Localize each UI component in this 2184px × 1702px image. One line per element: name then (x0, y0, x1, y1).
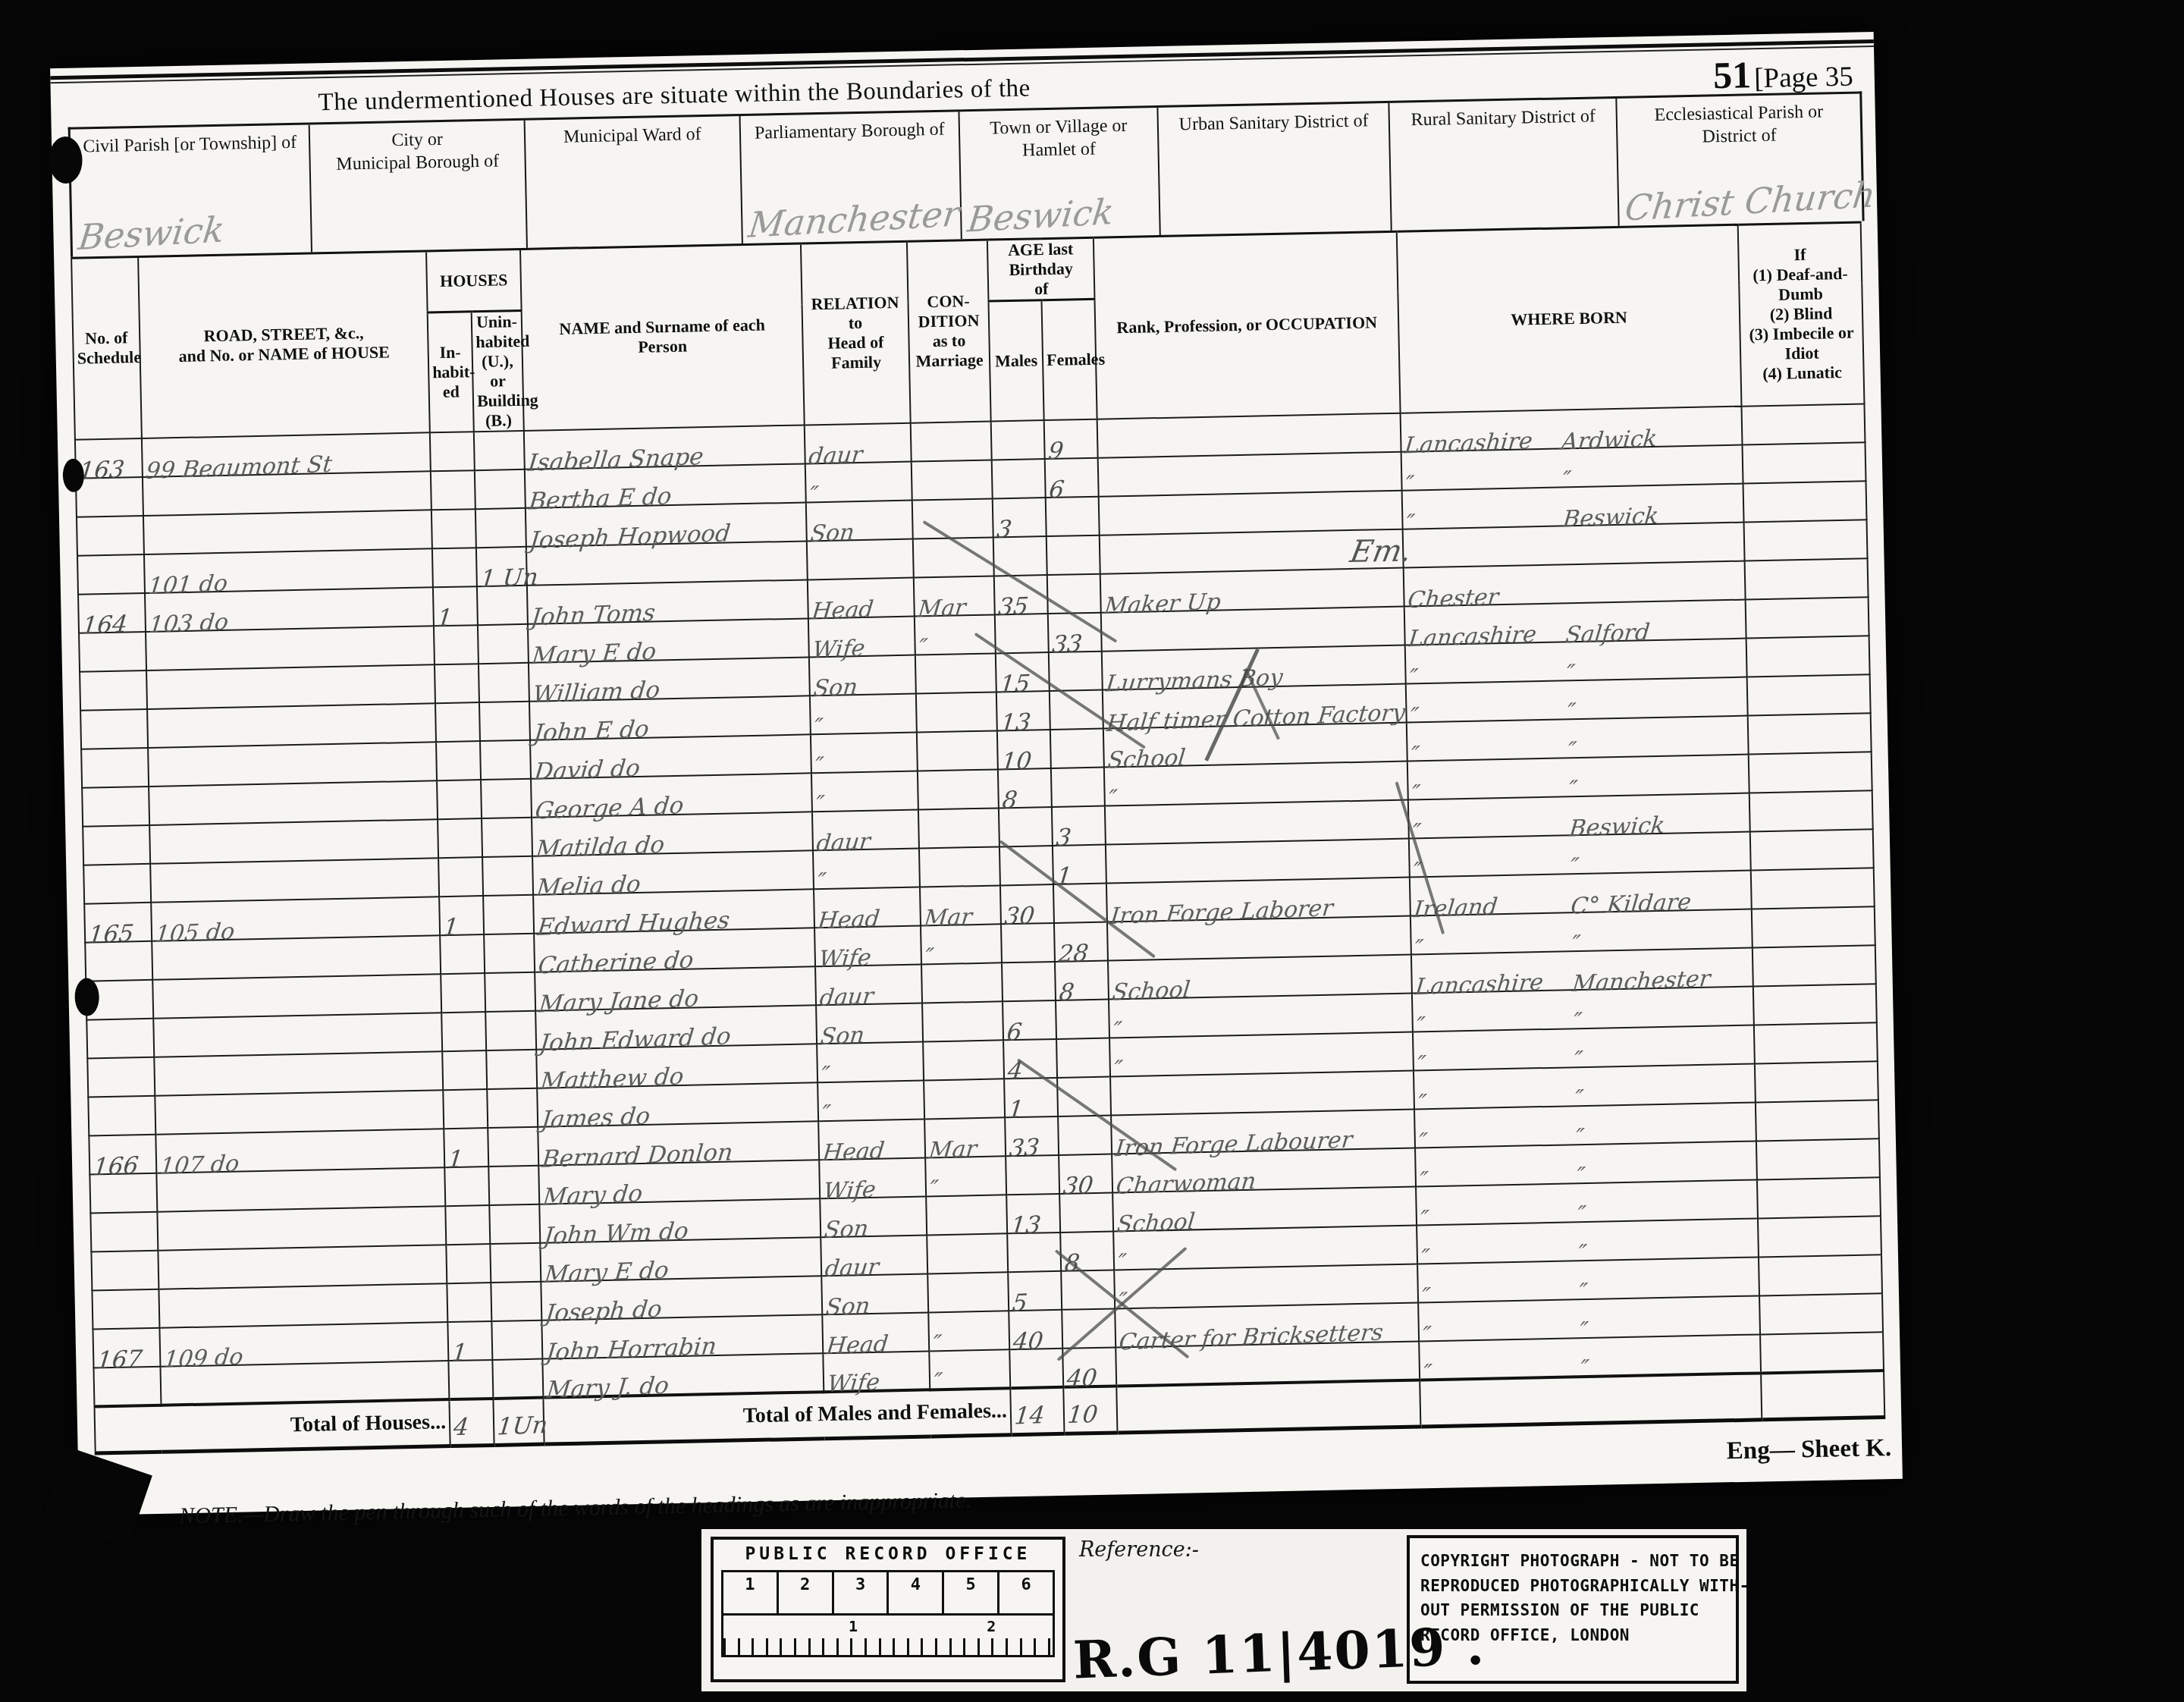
inhabited-cell (435, 702, 480, 742)
age-female-cell: 3 (1052, 805, 1106, 845)
col-header-schedule: No. of Schedule (71, 257, 142, 440)
condition-cell: Mar (914, 576, 995, 616)
infirmity-cell (1753, 984, 1877, 1025)
total-houses-uninhabited: 1Un (493, 1397, 544, 1445)
infirmity-cell (1754, 1022, 1878, 1063)
infirmity-cell (1744, 520, 1868, 561)
person-name-cell (526, 541, 808, 585)
relation-cell (807, 539, 914, 579)
age-male-cell (1006, 1154, 1059, 1194)
relation-cell: daur (812, 809, 919, 850)
inhabited-cell (434, 625, 479, 664)
ink-blot (62, 459, 84, 493)
relation-cell: daur (821, 1235, 927, 1276)
schedule-cell: 166 (89, 1134, 156, 1174)
schedule-cell (83, 863, 151, 903)
condition-cell (912, 498, 993, 539)
reference-label: Reference:- (1079, 1538, 1393, 1562)
relation-cell-value: Wife (827, 1371, 881, 1396)
inhabited-cell (438, 857, 483, 897)
age-male-cell: 3 (993, 498, 1046, 537)
infirmity-cell (1756, 1138, 1880, 1179)
infirmity-cell (1758, 1216, 1881, 1257)
uninhabited-cell (483, 894, 534, 934)
relation-cell: ″ (810, 693, 917, 734)
col-header-name: NAME and Surname of each Person (520, 243, 805, 430)
page-number-label: [Page 35 (1754, 61, 1853, 95)
infirmity-cell (1743, 442, 1866, 483)
geo-label: Municipal Ward of (530, 122, 735, 149)
uninhabited-cell (479, 662, 529, 702)
age-female-cell (1057, 1076, 1111, 1116)
age-female-cell: 28 (1054, 922, 1108, 961)
condition-cell: ″ (929, 1349, 1010, 1390)
schedule-cell (77, 554, 145, 595)
age-male-cell: 30 (1000, 884, 1054, 924)
condition-cell (915, 653, 996, 693)
infirmity-cell (1750, 829, 1874, 870)
age-female-cell (1050, 689, 1103, 729)
schedule-cell (88, 1095, 155, 1135)
col-header-relation: RELATION to Head of Family (801, 241, 911, 425)
person-name-cell: Joseph do (541, 1276, 822, 1320)
where-born-cell: ″″ (1405, 638, 1747, 683)
schedule-cell: 163 (75, 438, 143, 479)
relation-cell: Head (814, 887, 921, 928)
person-name-cell: Mary E do (540, 1237, 821, 1281)
where-born-cell: ″″ (1414, 1063, 1756, 1109)
relation-cell: ″ (813, 848, 920, 889)
col-header-occupation: Rank, Profession, or OCCUPATION (1094, 231, 1401, 419)
uninhabited-cell (475, 507, 526, 547)
col-header-uninhabited: Unin- habited (U.), or Building (B.) (472, 310, 524, 432)
uninhabited-cell (492, 1358, 543, 1398)
schedule-cell: 165 (84, 902, 152, 942)
age-male-cell: 13 (1006, 1193, 1060, 1233)
age-male-cell (999, 807, 1053, 846)
where-born-cell: Chester (1404, 561, 1746, 606)
condition-cell (916, 692, 997, 732)
relation-cell: Son (821, 1273, 928, 1314)
schedule-cell: 164 (78, 593, 146, 633)
address-cell: 103 do (145, 587, 434, 632)
occupation-cell: Iron Forge Labourer (1111, 1109, 1415, 1154)
uninhabited-cell (484, 933, 535, 972)
age-female-cell (1059, 1192, 1113, 1232)
address-cell (143, 510, 432, 554)
occupation-cell: ″ (1109, 993, 1413, 1038)
uninhabited-cell (475, 469, 526, 508)
age-female-cell (1050, 728, 1104, 768)
schedule-cell (76, 477, 143, 517)
address-cell (158, 1283, 447, 1328)
uninhabited-cell (481, 778, 532, 818)
inhabited-cell (435, 664, 479, 703)
uninhabited-cell: 1 Un (476, 546, 527, 586)
occupation-cell: ″ (1113, 1225, 1417, 1270)
address-cell (152, 935, 441, 980)
totals-empty-occupation (1116, 1380, 1420, 1433)
occupation-cell: ″ (1104, 761, 1408, 805)
person-name-cell: John Toms (527, 579, 808, 623)
relation-cell: Son (809, 655, 916, 696)
uninhabited-cell (486, 1049, 537, 1088)
person-name-cell: John E do (529, 696, 811, 740)
occupation-cell: Iron Forge Laborer (1106, 877, 1410, 922)
schedule-cell (83, 824, 150, 865)
geo-handwritten-value: Manchester (746, 193, 962, 246)
occupation-cell (1097, 413, 1401, 457)
age-male-cell (1002, 962, 1056, 1001)
geo-cell: Urban Sanitary District of (1159, 103, 1393, 235)
schedule-cell (87, 1057, 155, 1097)
col-header-females: Females (1041, 299, 1097, 420)
age-female-cell (1047, 573, 1101, 613)
age-male-cell: 10 (997, 730, 1051, 769)
geo-handwritten-value: Beswick (965, 191, 1116, 240)
address-cell (148, 742, 437, 787)
infirmity-cell (1757, 1177, 1881, 1218)
geo-label: Civil Parish [or Township] of (75, 131, 305, 159)
where-born-cell: ″″ (1417, 1257, 1759, 1302)
geo-cell: City or Municipal Borough of (310, 121, 528, 253)
inhabited-cell (431, 509, 476, 548)
person-name-cell: Mary J. do (542, 1353, 824, 1397)
infirmity-cell (1753, 945, 1876, 986)
relation-cell: Wife (819, 1157, 926, 1198)
condition-cell (926, 1195, 1007, 1235)
address-cell: 107 do (155, 1129, 444, 1173)
address-cell: 101 do (144, 548, 433, 593)
inhabited-cell (443, 1089, 488, 1129)
footer-note: NOTE.—Draw the pen through such of the w… (179, 1487, 971, 1529)
address-cell: 109 do (159, 1322, 448, 1367)
age-male-cell (1001, 923, 1055, 962)
age-female-cell-value: 40 (1065, 1366, 1098, 1391)
age-female-cell: 30 (1059, 1154, 1112, 1193)
page-reference: 51 [Page 35 (1713, 51, 1854, 98)
age-male-cell (992, 459, 1046, 498)
condition-cell: ″ (925, 1156, 1006, 1196)
uninhabited-cell (477, 585, 528, 624)
geo-label: Parliamentary Borough of (745, 118, 954, 145)
totals-empty-infirmity (1761, 1371, 1884, 1420)
condition-cell (917, 730, 998, 771)
schedule-cell (80, 709, 148, 749)
col-header-infirmity: If (1) Deaf-and-Dumb (2) Blind (3) Imbec… (1738, 222, 1865, 406)
infirmity-cell (1746, 597, 1869, 638)
where-born-cell: ″″ (1407, 754, 1749, 799)
infirmity-cell (1759, 1293, 1883, 1334)
person-name-cell: Mary Jane do (535, 966, 816, 1010)
where-born-cell: LancashireArdwick (1401, 406, 1743, 451)
age-female-cell: 6 (1045, 457, 1099, 497)
col-header-road: ROAD, STREET, &c., and No. or NAME of HO… (138, 251, 430, 438)
condition-cell (911, 421, 992, 461)
person-name-cell: Mary do (538, 1160, 820, 1204)
infirmity-cell (1743, 481, 1867, 522)
relation-cell: ″ (817, 1041, 924, 1082)
relation-cell: ″ (811, 771, 918, 812)
where-born-cell: LancashireManchester (1411, 947, 1753, 993)
relation-cell: daur (805, 422, 912, 463)
address-cell (153, 1013, 442, 1057)
reference-area: Reference:- R.G 11|4019 . (1065, 1529, 1407, 1691)
infirmity-cell (1749, 752, 1872, 793)
inhabited-cell (432, 548, 477, 587)
age-female-cell: 9 (1044, 419, 1098, 458)
age-male-cell: 33 (1005, 1116, 1059, 1156)
ruler-cm-number: 5 (944, 1572, 999, 1613)
where-born-cell: ″″ (1407, 715, 1749, 761)
person-name-cell: Joseph Hopwood (526, 502, 807, 546)
col-header-condition: CON- DITION as to Marriage (907, 240, 991, 422)
relation-cell: Wife (808, 616, 915, 657)
schedule-cell (93, 1366, 161, 1406)
address-cell (146, 664, 435, 709)
annotation-em: Em. (1348, 533, 1415, 570)
where-born-cell: IrelandC° Kildare (1410, 870, 1752, 915)
col-header-males: Males (989, 300, 1044, 422)
inhabited-cell (431, 470, 475, 510)
geo-cell: Ecclesiastical Parish or District ofChri… (1618, 93, 1862, 225)
person-name-cell: John Wm do (539, 1198, 821, 1242)
where-born-cell: ″Beswick (1402, 483, 1744, 529)
person-name-cell: David do (530, 734, 811, 778)
geo-cell: Civil Parish [or Township] ofBeswick (71, 124, 312, 256)
ruler-cm-row: 123456 (721, 1570, 1055, 1613)
address-cell (157, 1206, 446, 1251)
public-record-office-stamp: PUBLIC RECORD OFFICE 123456 12 (711, 1537, 1065, 1682)
age-male-cell: 5 (1008, 1270, 1062, 1310)
inhabited-cell (442, 1050, 487, 1090)
total-females: 10 (1063, 1386, 1117, 1434)
where-born-cell: ″″ (1416, 1179, 1758, 1225)
ruler-cm-number: 6 (999, 1572, 1053, 1613)
where-born-cell: ″″ (1417, 1218, 1759, 1264)
person-name-cell: Catherine do (534, 928, 815, 972)
ruler-cm-number: 1 (723, 1572, 779, 1613)
condition-cell: ″ (921, 924, 1002, 964)
schedule-cell (82, 786, 149, 826)
condition-cell (921, 962, 1003, 1003)
relation-cell: ″ (811, 732, 918, 773)
uninhabited-cell (491, 1281, 541, 1320)
person-name-cell: Edward Hughes (533, 889, 814, 933)
schedule-cell: 167 (93, 1327, 160, 1368)
condition-cell: Mar (920, 885, 1001, 925)
person-name-cell: Bertha E do (525, 463, 806, 507)
geo-handwritten-value: Beswick (76, 209, 227, 258)
address-cell (158, 1245, 447, 1289)
copyright-line: REPRODUCED PHOTOGRAPHICALLY WITH- (1420, 1574, 1725, 1599)
condition-cell: ″ (928, 1311, 1009, 1351)
schedule-cell (91, 1250, 158, 1290)
geo-label: Urban Sanitary District of (1163, 109, 1385, 137)
uninhabited-cell (480, 740, 531, 779)
geo-cell: Town or Village or Hamlet ofBeswick (959, 108, 1161, 239)
infirmity-cell (1755, 1061, 1878, 1102)
person-name-cell: William do (529, 657, 810, 701)
occupation-cell (1106, 838, 1410, 883)
sheet-reference: Eng— Sheet K. (1726, 1434, 1891, 1465)
uninhabited-cell (485, 1010, 536, 1050)
occupation-cell: ″ (1109, 1032, 1414, 1076)
col-header-where-born: WHERE BORN (1397, 225, 1742, 413)
uninhabited-cell (478, 623, 529, 663)
schedule-cell (85, 940, 152, 981)
occupation-cell: Maker UpEm. (1100, 567, 1404, 612)
infirmity-cell (1747, 674, 1871, 715)
where-born-cell (1403, 522, 1745, 567)
where-born-cell: ″″ (1415, 1141, 1757, 1186)
occupation-cell (1098, 451, 1402, 496)
age-male-cell (1009, 1348, 1063, 1387)
age-female-cell (1046, 496, 1100, 535)
infirmity-cell (1749, 790, 1873, 831)
geo-cell: Rural Sanitary District of (1390, 99, 1620, 231)
occupation-cell: School (1112, 1186, 1417, 1231)
age-male-cell: 8 (998, 768, 1052, 808)
age-male-cell: 4 (1003, 1039, 1057, 1079)
age-male-cell: 13 (996, 691, 1050, 730)
folio-number: 51 (1713, 53, 1752, 96)
condition-cell (927, 1233, 1008, 1273)
geo-label: City or Municipal Borough of (315, 127, 520, 176)
infirmity-cell (1760, 1332, 1884, 1373)
inhabited-cell (448, 1360, 493, 1399)
where-born-cell: ″″ (1414, 1102, 1756, 1148)
condition-cell: Mar (924, 1117, 1006, 1157)
uninhabited-cell (474, 430, 525, 469)
uninhabited-cell (487, 1088, 538, 1127)
person-name-cell-value: Mary J. do (545, 1374, 670, 1402)
census-sheet: The undermentioned Houses are situate wi… (50, 32, 1903, 1515)
person-name-cell: Isabella Snape (524, 425, 805, 469)
occupation-cell (1116, 1341, 1420, 1386)
condition-cell (912, 460, 993, 500)
address-cell (143, 471, 431, 516)
total-houses-inhabited: 4 (449, 1399, 494, 1446)
age-female-cell: 8 (1060, 1231, 1114, 1270)
uninhabited-cell (488, 1165, 539, 1204)
schedule-cell (86, 1018, 154, 1058)
relation-cell: Wife (814, 925, 921, 966)
pro-stamp-title: PUBLIC RECORD OFFICE (721, 1544, 1055, 1564)
address-cell (152, 974, 441, 1019)
relation-cell: Head (818, 1119, 925, 1160)
relation-cell: Head (808, 577, 915, 618)
inhabited-cell (446, 1244, 491, 1283)
person-name-cell: George A do (531, 773, 812, 817)
inhabited-cell: 1 (433, 586, 478, 626)
inhabited-cell (441, 1012, 486, 1051)
ruler-cm-number: 4 (889, 1572, 944, 1613)
ruler-cm-number: 3 (834, 1572, 890, 1613)
occupation-cell: Carter for Bricksetters (1115, 1302, 1419, 1347)
condition-cell (918, 808, 999, 848)
age-male-cell: 6 (1003, 1000, 1056, 1040)
person-name-cell: John Edward do (535, 1005, 817, 1049)
inhabited-cell (444, 1167, 489, 1206)
uninhabited-cell (482, 856, 533, 895)
person-name-cell: Matthew do (536, 1044, 817, 1088)
age-female-cell (1049, 651, 1103, 690)
age-male-cell (995, 614, 1049, 653)
relation-cell: Wife (823, 1351, 930, 1392)
relation-cell: Head (822, 1312, 929, 1353)
where-born-cell: ″″ (1413, 1025, 1755, 1070)
geo-cell: Municipal Ward of (526, 116, 743, 248)
schedule-cell (89, 1173, 157, 1213)
geo-label: Rural Sanitary District of (1395, 105, 1612, 132)
uninhabited-cell (491, 1320, 542, 1359)
geo-handwritten-value: Christ Church (1623, 174, 1878, 229)
age-female-cell: 33 (1048, 612, 1102, 652)
col-header-inhabited: In- habit- ed (428, 312, 474, 432)
relation-cell: Son (816, 1003, 923, 1044)
infirmity-cell (1752, 906, 1875, 947)
schedule-cell (90, 1211, 158, 1251)
geo-label: Ecclesiastical Parish or District of (1622, 100, 1856, 150)
infirmity-cell (1745, 558, 1869, 599)
person-name-cell: Melia do (532, 850, 814, 894)
occupation-cell (1099, 490, 1403, 535)
where-born-cell: ″″ (1406, 677, 1748, 722)
ruler-inch-number: 1 (849, 1617, 858, 1635)
condition-cell (927, 1272, 1009, 1312)
age-male-cell (1007, 1232, 1061, 1271)
age-male-cell (999, 846, 1053, 885)
schedule-cell (80, 670, 147, 711)
relation-cell: Son (806, 500, 913, 541)
where-born-cell: ″″ (1410, 909, 1753, 954)
condition-cell (923, 1040, 1004, 1080)
person-name-cell: Bernard Donlon (538, 1121, 819, 1165)
relation-cell: ″ (817, 1080, 924, 1121)
person-name-cell: Matilda do (532, 812, 813, 856)
uninhabited-cell (479, 701, 530, 740)
where-born-cell: ″Beswick (1408, 793, 1750, 838)
total-males: 14 (1010, 1386, 1064, 1434)
infirmity-cell (1746, 636, 1870, 677)
occupation-cell: School (1103, 722, 1407, 767)
uninhabited-cell (482, 817, 532, 856)
geo-cell: Parliamentary Borough ofManchester (740, 111, 962, 243)
age-male-cell (991, 420, 1045, 460)
schedule-cell (79, 632, 146, 672)
age-female-cell (1056, 1038, 1110, 1077)
where-born-cell: LancashireSalford (1404, 599, 1746, 645)
uninhabited-cell (490, 1242, 541, 1282)
infirmity-cell (1741, 404, 1865, 444)
uninhabited-cell (485, 972, 535, 1011)
inhabited-cell (440, 934, 485, 974)
col-header-houses: HOUSES (426, 249, 522, 312)
ruler-inch-number: 2 (987, 1617, 996, 1635)
inhabited-cell (438, 818, 482, 858)
condition-cell (919, 846, 1000, 887)
address-cell (150, 858, 439, 903)
stamp-strip: PUBLIC RECORD OFFICE 123456 12 Reference… (701, 1529, 1746, 1691)
occupation-cell (1105, 799, 1409, 844)
where-born-cell: ″″ (1412, 986, 1754, 1032)
person-name-cell: Mary E do (528, 618, 809, 662)
inhabited-cell (447, 1283, 491, 1322)
address-cell (146, 626, 435, 670)
age-female-cell (1046, 535, 1100, 574)
age-male-cell: 40 (1009, 1309, 1062, 1349)
